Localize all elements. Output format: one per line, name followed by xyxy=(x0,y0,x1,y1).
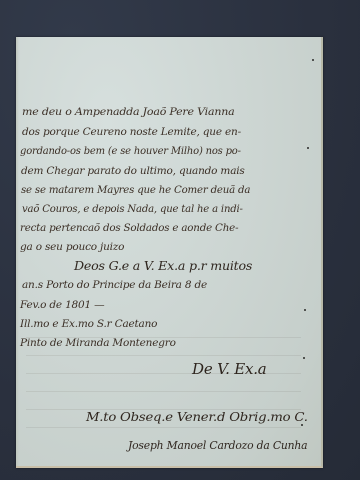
addressee-line-1: Ill.mo e Ex.mo S.r Caetano xyxy=(20,318,157,330)
paper-speck xyxy=(303,357,305,359)
closing-place-date-2: Fev.o de 1801 — xyxy=(20,299,104,311)
body-line-5: se se matarem Mayres que he Comer deuã d… xyxy=(21,184,250,196)
body-line-1: me deu o Ampenadda Joaõ Pere Vianna xyxy=(22,106,234,118)
closing-formula: M.to Obseq.e Vener.d Obrig.mo C. xyxy=(86,410,308,424)
body-line-3: gordando-os bem (e se houver Milho) nos … xyxy=(20,145,241,157)
bleed-through-line xyxy=(26,391,301,392)
closing-blessing: Deos G.e a V. Ex.a p.r muitos xyxy=(74,259,252,273)
paper-speck xyxy=(307,147,309,149)
body-line-4: dem Chegar parato do ultimo, quando mais xyxy=(21,165,245,177)
bleed-through-line xyxy=(26,427,301,428)
closing-place-date-1: an.s Porto do Principe da Beira 8 de xyxy=(22,279,207,291)
body-line-2: dos porque Ceureno noste Lemite, que en- xyxy=(22,126,241,138)
paper-speck xyxy=(301,424,303,426)
body-line-7: recta pertencaõ dos Soldados e aonde Che… xyxy=(20,222,238,234)
body-line-6: vaõ Couros, e depois Nada, que tal he a … xyxy=(22,203,243,215)
paper-speck xyxy=(312,59,314,61)
paper-speck xyxy=(304,309,306,311)
bleed-through-line xyxy=(26,355,301,356)
salutation: De V. Ex.a xyxy=(192,360,267,378)
addressee-line-2: Pinto de Miranda Montenegro xyxy=(20,337,176,349)
body-line-8: ga o seu pouco juizo xyxy=(20,241,124,253)
manuscript-page: me deu o Ampenadda Joaõ Pere Vianna dos … xyxy=(16,37,323,468)
signature: Joseph Manoel Cardozo da Cunha xyxy=(128,439,307,452)
